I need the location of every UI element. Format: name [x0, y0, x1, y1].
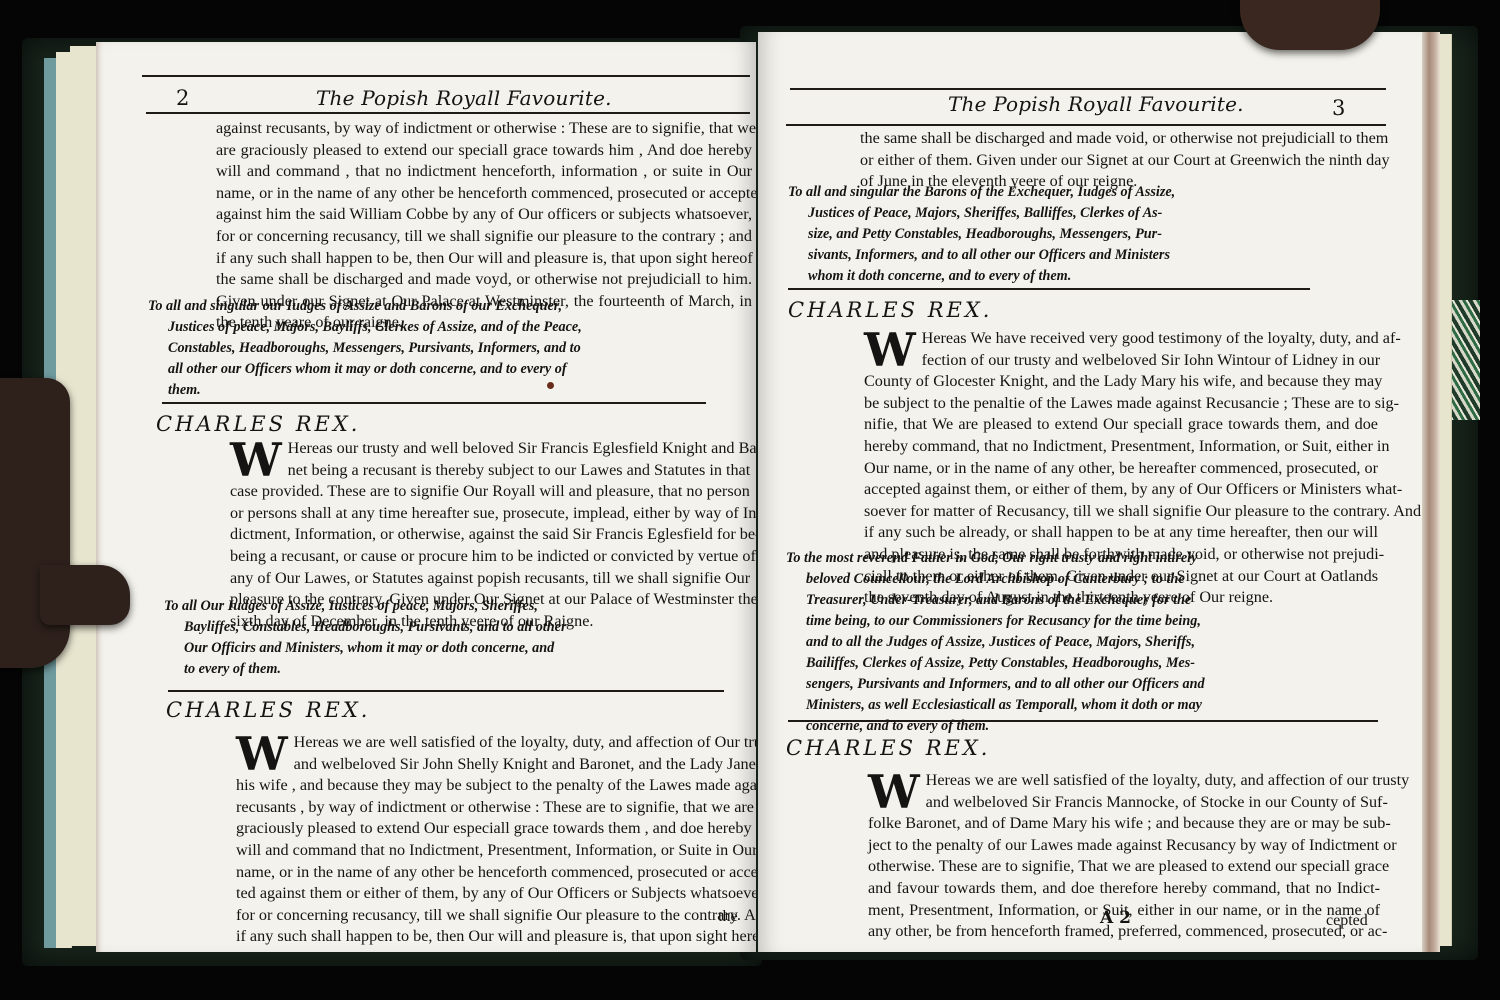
- page-edge: [70, 46, 98, 946]
- page-number: 3: [1332, 96, 1345, 120]
- section-heading: CHARLES REX.: [788, 298, 992, 322]
- section-rule: [162, 402, 706, 404]
- page-clip: [40, 565, 130, 625]
- drop-cap: W: [868, 772, 920, 812]
- left-page: 2 The Popish Royall Favourite. against r…: [96, 42, 756, 952]
- drop-cap: W: [236, 734, 288, 774]
- header-rule: [786, 124, 1386, 126]
- ink-stain: [547, 382, 554, 389]
- running-head: The Popish Royall Favourite.: [948, 92, 1244, 116]
- section-heading: CHARLES REX.: [786, 736, 990, 760]
- right-page: The Popish Royall Favourite. 3 the same …: [758, 32, 1440, 952]
- running-head: The Popish Royall Favourite.: [316, 86, 612, 110]
- drop-cap: W: [864, 330, 916, 370]
- section-rule: [788, 720, 1378, 722]
- header-rule: [790, 88, 1386, 90]
- address-block: To all and singular the Barons of the Ex…: [788, 182, 1208, 287]
- address-block: To all Our Iudges of Assize, Iustices of…: [164, 596, 544, 680]
- drop-cap: W: [230, 440, 282, 480]
- warrant-text: W Hereas we are well satisfied of the lo…: [236, 732, 741, 948]
- catchword: cepted: [1326, 912, 1368, 930]
- page-number: 2: [176, 86, 189, 110]
- signature-mark: A 2: [1100, 908, 1131, 928]
- header-rule: [142, 75, 750, 77]
- address-block: To all and singular our Iudges of Assize…: [148, 296, 568, 401]
- section-rule: [788, 288, 1310, 290]
- header-rule: [146, 112, 750, 114]
- section-heading: CHARLES REX.: [166, 698, 370, 722]
- catchword: the: [718, 908, 738, 926]
- page-edge: [1438, 34, 1452, 946]
- page-clip: [1240, 0, 1380, 50]
- address-block: To the most reverend Father in God, Our …: [786, 548, 1206, 737]
- section-rule: [168, 690, 724, 692]
